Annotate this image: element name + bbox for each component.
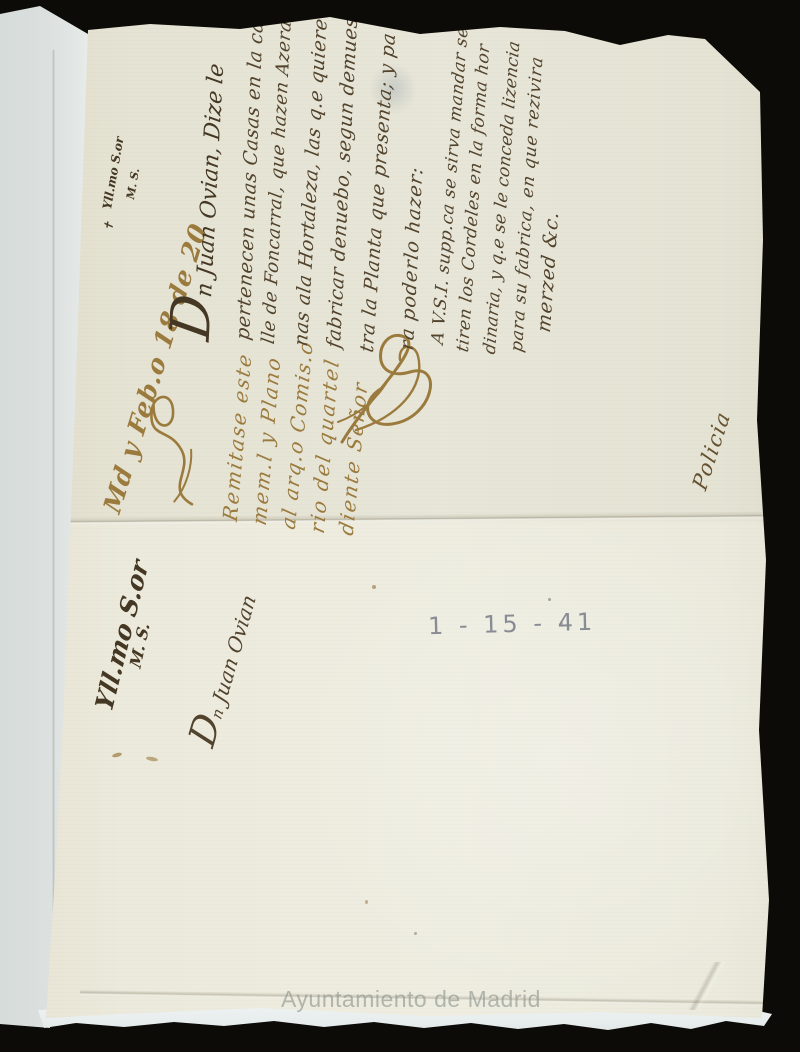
heading-text: Juan Ovian, Dize le — [193, 62, 229, 278]
archive-scan: Yll.mo S.or M. S. ✝ Md y Feb.o 18 de 20 … — [0, 0, 800, 1052]
pencil-reference: 1 - 15 - 41 — [428, 608, 597, 640]
ink-speck — [548, 598, 551, 601]
ink-speck — [365, 900, 368, 904]
manuscript-page: Yll.mo S.or M. S. ✝ Md y Feb.o 18 de 20 … — [0, 0, 800, 1052]
corner-crease — [660, 962, 750, 1010]
archive-watermark: Ayuntamiento de Madrid — [281, 986, 541, 1013]
official-rubric-flourish — [330, 326, 448, 448]
ink-speck — [414, 932, 417, 935]
heading-initial: Dn — [158, 276, 225, 344]
cross-mark: ✝ — [101, 220, 117, 232]
folio-edge-crease — [52, 50, 55, 1010]
ink-speck — [372, 585, 376, 589]
